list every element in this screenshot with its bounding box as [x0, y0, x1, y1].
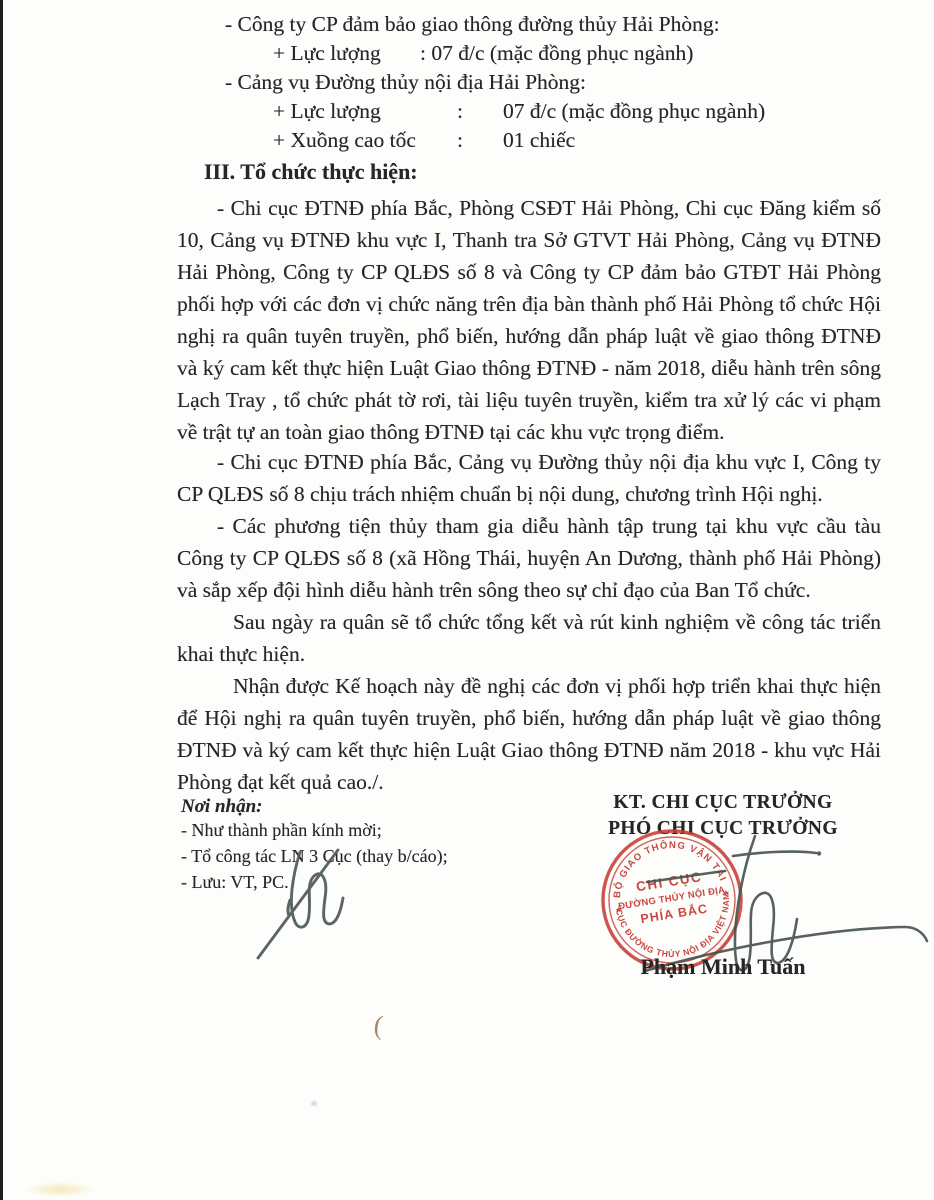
- stray-paren-mark: (: [372, 1010, 384, 1042]
- equipment-row-value: : 07 đ/c (mặc đồng phục ngành): [420, 41, 693, 66]
- initials-ink: [238, 836, 358, 968]
- equipment-row-label: + Lực lượng: [273, 99, 381, 124]
- section-heading: III. Tổ chức thực hiện:: [204, 159, 418, 185]
- list-item-company: - Công ty CP đảm bảo giao thông đường th…: [225, 12, 720, 37]
- scan-edge-bar: [0, 0, 3, 1200]
- signer-name: Phạm Minh Tuấn: [577, 954, 869, 980]
- paragraph: - Chi cục ĐTNĐ phía Bắc, Phòng CSĐT Hải …: [177, 192, 881, 448]
- list-item-port-authority: - Cảng vụ Đường thủy nội địa Hải Phòng:: [225, 70, 586, 95]
- paragraph: - Các phương tiện thủy tham gia diễu hàn…: [177, 510, 881, 606]
- paragraph: Nhận được Kế hoạch này đề nghị các đơn v…: [177, 670, 881, 798]
- equipment-row-value: 07 đ/c (mặc đồng phục ngành): [503, 99, 765, 124]
- equipment-row-label: + Xuồng cao tốc: [273, 128, 416, 153]
- scan-smudge: [24, 1182, 96, 1197]
- paragraph: - Chi cục ĐTNĐ phía Bắc, Cảng vụ Đường t…: [177, 446, 881, 510]
- document-page: - Công ty CP đảm bảo giao thông đường th…: [0, 0, 934, 1200]
- equipment-row-colon: :: [457, 99, 463, 124]
- recipients-title: Nơi nhận:: [181, 796, 262, 818]
- scan-speck: [311, 1101, 317, 1106]
- equipment-row-value: 01 chiếc: [503, 128, 575, 153]
- paragraph: Sau ngày ra quân sẽ tổ chức tổng kết và …: [177, 606, 881, 670]
- equipment-row-label: + Lực lượng: [273, 41, 381, 66]
- equipment-row-colon: :: [457, 128, 463, 153]
